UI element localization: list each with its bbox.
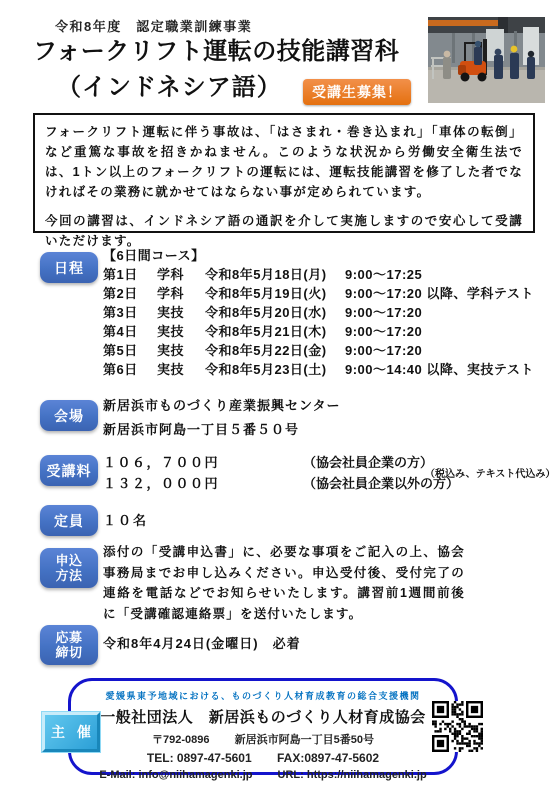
qr-code (432, 701, 483, 752)
organizer-email-link[interactable]: info@niihamagenki.jp (138, 769, 252, 781)
email-label: E-Mail: (99, 769, 135, 781)
venue-label-text: 会場 (54, 406, 84, 426)
schedule-time: 9:00～17:20 以降、学科テスト (345, 284, 534, 303)
capacity-label: 定員 (40, 505, 98, 536)
schedule-type: 学科 (157, 265, 205, 284)
deadline-label-line1: 応募 (55, 630, 82, 645)
schedule-date: 令和8年5月18日(月) (205, 265, 345, 284)
schedule-type: 実技 (157, 322, 205, 341)
schedule-type: 学科 (157, 284, 205, 303)
schedule-date: 令和8年5月20日(水) (205, 303, 345, 322)
apply-method-label: 申込 方法 (40, 548, 98, 588)
schedule-date: 令和8年5月21日(木) (205, 322, 345, 341)
schedule-time: 9:00～17:20 (345, 322, 534, 341)
schedule-time: 9:00～17:25 (345, 265, 534, 284)
organizer-tagline: 愛媛県東予地域における、ものづくり人材育成教育の総合支援機関 (71, 689, 455, 702)
schedule-time: 9:00～17:20 (345, 341, 534, 360)
schedule-date: 令和8年5月19日(火) (205, 284, 345, 303)
recruiting-badge: 受講生募集！ (303, 79, 411, 105)
capacity-value: １０名 (103, 510, 148, 529)
organizer-telfax: TEL: 0897-47-5601 FAX:0897-47-5602 (71, 751, 455, 765)
schedule-row: 第2日 学科 令和8年5月19日(火) 9:00～17:20 以降、学科テスト (103, 284, 534, 303)
schedule-content: 【6日間コース】 第1日 学科 令和8年5月18日(月) 9:00～17:25 … (103, 246, 534, 379)
fee-amount: １３２，０００円 (103, 473, 303, 494)
fee-content: １０６，７００円 （協会社員企業の方） １３２，０００円 （協会社員企業以外の方… (103, 452, 543, 494)
schedule-day: 第6日 (103, 360, 157, 379)
intro-paragraph-1: フォークリフト運転に伴う事故は、「はさまれ・巻き込まれ」「車体の転倒」など重篤な… (45, 122, 523, 202)
organizer-fax: FAX:0897-47-5602 (277, 751, 379, 765)
schedule-day: 第1日 (103, 265, 157, 284)
fee-amount: １０６，７００円 (103, 452, 303, 473)
url-label: URL: (278, 769, 304, 781)
venue-label: 会場 (40, 400, 98, 431)
organizer-box: 愛媛県東予地域における、ものづくり人材育成教育の総合支援機関 一般社団法人 新居… (68, 678, 458, 775)
schedule-label-text: 日程 (54, 258, 84, 278)
apply-instructions: 添付の「受講申込書」に、必要な事項をご記入の上、協会事務局までお申し込みください… (103, 542, 465, 624)
organizer-info: 愛媛県東予地域における、ものづくり人材育成教育の総合支援機関 一般社団法人 新居… (71, 689, 455, 781)
schedule-type: 実技 (157, 303, 205, 322)
intro-paragraph-2: 今回の講習は、インドネシア語の通訳を介して実施しますので安心して受講いただけます… (45, 211, 523, 251)
organizer-url-link[interactable]: https://niihamagenki.jp (307, 769, 427, 781)
fee-label-text: 受講料 (47, 461, 92, 481)
forklift-training-photo (428, 17, 545, 103)
organizer-tel: TEL: 0897-47-5601 (147, 751, 252, 765)
schedule-row: 第3日 実技 令和8年5月20日(水) 9:00～17:20 (103, 303, 534, 322)
course-language-subtitle: （インドネシア語） (57, 67, 282, 102)
schedule-date: 令和8年5月22日(金) (205, 341, 345, 360)
organizer-mailurl: E-Mail: info@niihamagenki.jp URL: https:… (71, 769, 455, 781)
organizer-name: 一般社団法人 新居浜ものづくり人材育成協会 (71, 706, 455, 727)
organizer-street: 新居浜市阿島一丁目5番50号 (235, 734, 374, 746)
deadline-label: 応募 締切 (40, 625, 98, 665)
venue-name: 新居浜市ものづくり産業振興センター (103, 394, 340, 418)
schedule-row: 第4日 実技 令和8年5月21日(木) 9:00～17:20 (103, 322, 534, 341)
schedule-date: 令和8年5月23日(土) (205, 360, 345, 379)
deadline-date: 令和8年4月24日(金曜日) 必着 (103, 633, 301, 652)
course-title: フォークリフト運転の技能講習科 (33, 31, 399, 66)
venue-content: 新居浜市ものづくり産業振興センター 新居浜市阿島一丁目５番５０号 (103, 394, 340, 442)
organizer-postal: 〒792-0896 (152, 734, 210, 746)
schedule-course-header: 【6日間コース】 (103, 246, 534, 265)
schedule-time: 9:00～14:40 以降、実技テスト (345, 360, 534, 379)
schedule-type: 実技 (157, 360, 205, 379)
schedule-day: 第2日 (103, 284, 157, 303)
host-badge: 主 催 (42, 712, 100, 752)
schedule-time: 9:00～17:20 (345, 303, 534, 322)
schedule-row: 第1日 学科 令和8年5月18日(月) 9:00～17:25 (103, 265, 534, 284)
schedule-type: 実技 (157, 341, 205, 360)
flyer-page: 令和8年度 認定職業訓練事業 フォークリフト運転の技能講習科 （インドネシア語）… (0, 0, 558, 808)
apply-label-line1: 申込 (55, 553, 82, 568)
schedule-day: 第3日 (103, 303, 157, 322)
schedule-row: 第6日 実技 令和8年5月23日(土) 9:00～14:40 以降、実技テスト (103, 360, 534, 379)
tax-note: （税込み、テキスト代込み） (425, 465, 555, 480)
intro-box: フォークリフト運転に伴う事故は、「はさまれ・巻き込まれ」「車体の転倒」など重篤な… (33, 113, 535, 233)
fee-label: 受講料 (40, 455, 98, 486)
organizer-address: 〒792-0896 新居浜市阿島一丁目5番50号 (71, 731, 455, 747)
capacity-label-text: 定員 (54, 511, 84, 531)
schedule-label: 日程 (40, 252, 98, 283)
schedule-day: 第5日 (103, 341, 157, 360)
schedule-row: 第5日 実技 令和8年5月22日(金) 9:00～17:20 (103, 341, 534, 360)
venue-address: 新居浜市阿島一丁目５番５０号 (103, 418, 340, 442)
deadline-label-line2: 締切 (55, 645, 82, 660)
apply-label-line2: 方法 (55, 568, 82, 583)
schedule-day: 第4日 (103, 322, 157, 341)
